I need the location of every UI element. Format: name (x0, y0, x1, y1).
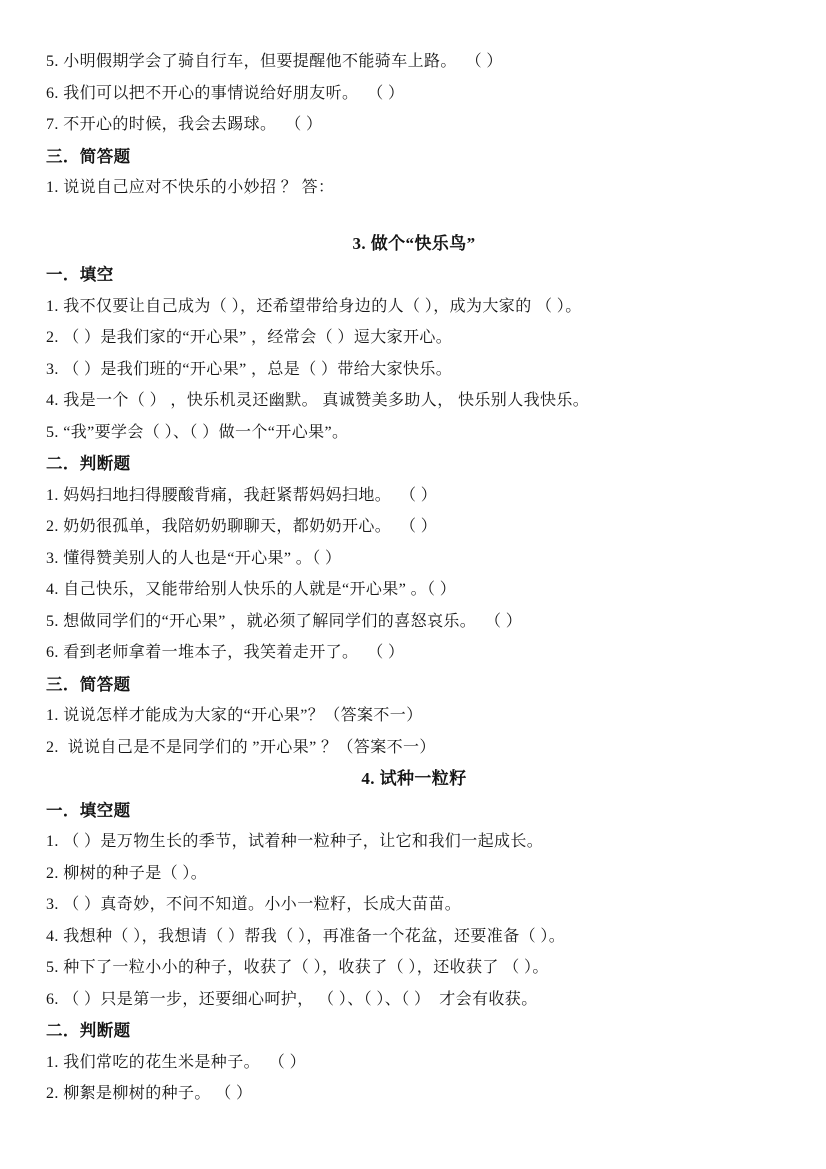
document-page: 5. 小明假期学会了骑自行车，但要提醒他不能骑车上路。 （ ）6. 我们可以把不… (0, 0, 826, 1169)
question-line: 1. 说说自己应对不快乐的小妙招 ？ 答： (46, 172, 782, 204)
section-heading: 二．判断题 (46, 1015, 782, 1047)
question-line: 2. 柳絮是柳树的种子。 （ ） (46, 1078, 782, 1110)
question-line: 2. 奶奶很孤单，我陪奶奶聊聊天，都奶奶开心。 （ ） (46, 511, 782, 543)
question-line: 1. 妈妈扫地扫得腰酸背痛，我赶紧帮妈妈扫地。 （ ） (46, 480, 782, 512)
question-line: 5. 种下了一粒小小的种子，收获了（ ），收获了（ ），还收获了 （ ）。 (46, 952, 782, 984)
lesson-title: 3. 做个“快乐鸟” (46, 228, 782, 260)
question-line: 4. 我是一个（ ） ，快乐机灵还幽默。 真诚赞美多助人， 快乐别人我快乐。 (46, 385, 782, 417)
question-line: 3. 懂得赞美别人的人也是“开心果” 。（ ） (46, 543, 782, 575)
lesson-title: 4. 试种一粒籽 (46, 763, 782, 795)
question-line: 3. （ ）是我们班的“开心果” ，总是（ ）带给大家快乐。 (46, 354, 782, 386)
question-line: 4. 我想种（ ），我想请（ ）帮我（ ），再准备一个花盆，还要准备（ ）。 (46, 921, 782, 953)
section-heading: 三．简答题 (46, 141, 782, 173)
question-line: 5. 小明假期学会了骑自行车，但要提醒他不能骑车上路。 （ ） (46, 46, 782, 78)
section-heading: 一．填空题 (46, 795, 782, 827)
question-line: 1. （ ）是万物生长的季节，试着种一粒种子，让它和我们一起成长。 (46, 826, 782, 858)
question-line: 2. （ ）是我们家的“开心果” ，经常会（ ）逗大家开心。 (46, 322, 782, 354)
section-heading: 二．判断题 (46, 448, 782, 480)
section-heading: 三．简答题 (46, 669, 782, 701)
question-line: 5. 想做同学们的“开心果” ，就必须了解同学们的喜怒哀乐。 （ ） (46, 606, 782, 638)
question-line: 4. 自己快乐，又能带给别人快乐的人就是“开心果” 。（ ） (46, 574, 782, 606)
question-line: 6. （ ）只是第一步，还要细心呵护， （ ）、（ ）、（ ） 才会有收获。 (46, 984, 782, 1016)
question-line: 6. 看到老师拿着一堆本子，我笑着走开了。 （ ） (46, 637, 782, 669)
question-line: 2. 说说自己是不是同学们的 ”开心果” ？（答案不一） (46, 732, 782, 764)
question-line: 2. 柳树的种子是（ ）。 (46, 858, 782, 890)
question-line: 1. 说说怎样才能成为大家的“开心果”？（答案不一） (46, 700, 782, 732)
question-line: 3. （ ）真奇妙，不问不知道。小小一粒籽，长成大苗苗。 (46, 889, 782, 921)
blank-line (46, 204, 782, 228)
question-line: 7. 不开心的时候，我会去踢球。 （ ） (46, 109, 782, 141)
question-line: 6. 我们可以把不开心的事情说给好朋友听。 （ ） (46, 78, 782, 110)
question-line: 1. 我不仅要让自己成为（ ），还希望带给身边的人（ ），成为大家的 （ ）。 (46, 291, 782, 323)
question-line: 5. “我”要学会（ ）、（ ）做一个“开心果”。 (46, 417, 782, 449)
section-heading: 一．填空 (46, 259, 782, 291)
question-line: 1. 我们常吃的花生米是种子。 （ ） (46, 1047, 782, 1079)
